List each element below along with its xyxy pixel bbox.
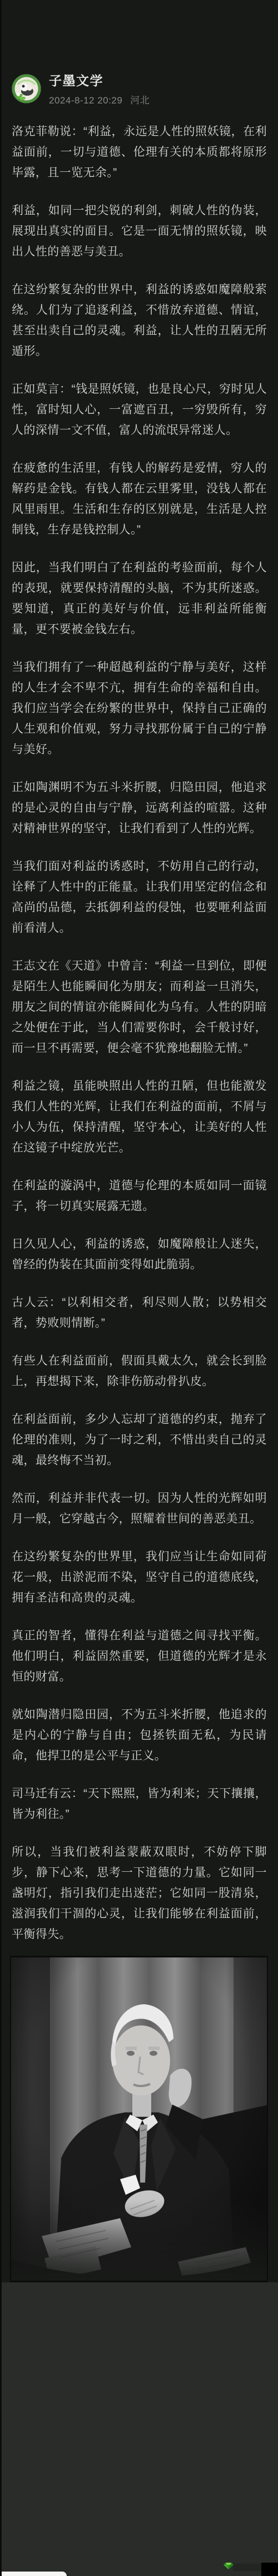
article-paragraph: 在利益面前，多少人忘却了道德的约束，抛弃了伦理的准则，为了一时之利，不惜出卖自己… — [12, 1409, 267, 1471]
article-paragraph: 当我们面对利益的诱惑时，不妨用自己的行动，诠释了人性中的正能量。让我们用坚定的信… — [12, 856, 267, 938]
post-meta: 2024-8-12 20:29河北 — [49, 92, 150, 106]
article-paragraph: 所以，当我们被利益蒙蔽双眼时，不妨停下脚步，静下心来，思考一下道德的力量。它如同… — [12, 1842, 267, 1945]
article-paragraph: 司马迁有云：“天下熙熙，皆为利来；天下攘攘，皆为利往。” — [12, 1783, 267, 1825]
next-card-edge — [0, 2572, 53, 2576]
author-block: 子墨文学 2024-8-12 20:29河北 — [49, 71, 150, 106]
green-wreath-avatar-icon — [11, 73, 42, 104]
article-paragraph: 日久见人心，利益的诱惑，如魔障般让人迷失，曾经的伪装在其面前变得如此脆弱。 — [12, 1234, 267, 1275]
article-paragraph: 在这纷繁复杂的世界里，我们应当让生命如同荷花一般，出淤泥而不染，坚守自己的道德底… — [12, 1546, 267, 1608]
article-paragraph: 正如陶渊明不为五斗米折腰，归隐田园，他追求的是心灵的自由与宁静，远离利益的喧嚣。… — [12, 777, 267, 839]
article-paragraph: 在这纷繁复杂的世界中，利益的诱惑如魔障般萦绕。人们为了追逐利益，不惜放弃道德、情… — [12, 279, 267, 362]
post-header: 子墨文学 2024-8-12 20:29河北 — [0, 0, 278, 106]
media-card-filler — [0, 2282, 278, 2576]
article-paragraph: 在疲惫的生活里，有钱人的解药是爱情，穷人的解药是金钱。有钱人都在云里雾里，没钱人… — [12, 458, 267, 540]
article-paragraph: 正如莫言：“钱是照妖镜，也是良心尺，穷时见人性，富时知人心，一富遮百丑，一穷毁所… — [12, 379, 267, 441]
avatar[interactable] — [11, 73, 42, 104]
bottom-right-black-block — [261, 2563, 278, 2576]
post-page: 子墨文学 2024-8-12 20:29河北 洛克菲勒说：“利益，永远是人性的照… — [0, 0, 278, 2576]
article-paragraph: 在利益的漩涡中，道德与伦理的本质如同一面镜子，将一切真实展露无遗。 — [12, 1175, 267, 1217]
article-paragraph: 有些人在利益面前，假面具戴太久，就会长到脸上，再想揭下来，除非伤筋动骨扒皮。 — [12, 1351, 267, 1392]
post-date: 2024-8-12 20:29 — [49, 95, 122, 106]
green-gem-icon — [224, 2562, 234, 2570]
watermark-label-plate — [233, 2564, 262, 2571]
post-image[interactable] — [0, 1956, 278, 2576]
article-paragraph: 古人云：“以利相交者，利尽则人散；以势相交者，势败则情断。” — [12, 1292, 267, 1333]
username[interactable]: 子墨文学 — [49, 71, 150, 89]
article-paragraph: 当我们拥有了一种超越利益的宁静与美好，这样的人生才会不卑不亢，拥有生命的幸福和自… — [12, 657, 267, 760]
left-edge-shadow — [0, 0, 2, 2576]
article-paragraph: 利益之镜，虽能映照出人性的丑陋，但也能激发我们人性的光辉，让我们在利益的面前，不… — [12, 1076, 267, 1158]
article-paragraph: 因此，当我们明白了在利益的考验面前，每个人的表现，就要保持清醒的头脑，不为其所迷… — [12, 557, 267, 640]
article-paragraph: 洛克菲勒说：“利益，永远是人性的照妖镜，在利益面前，一切与道德、伦理有关的本质都… — [12, 121, 267, 183]
article-body: 洛克菲勒说：“利益，永远是人性的照妖镜，在利益面前，一切与道德、伦理有关的本质都… — [12, 121, 267, 1945]
article-paragraph: 然而，利益并非代表一切。因为人性的光辉如明月一般，它穿越古今，照耀着世间的善恶美… — [12, 1488, 267, 1529]
article-paragraph: 王志文在《天道》中曾言：“利益一旦到位，即便是陌生人也能瞬间化为朋友；而利益一旦… — [12, 956, 267, 1059]
post-location: 河北 — [130, 95, 150, 106]
article-paragraph: 就如陶潜归隐田园，不为五斗米折腰，他追求的是内心的宁静与自由；包拯铁面无私，为民… — [12, 1704, 267, 1766]
article-paragraph: 利益，如同一把尖锐的利剑，刺破人性的伪装，展现出真实的面目。它是一面无情的照妖镜… — [12, 200, 267, 262]
portrait-photo — [10, 1956, 268, 2282]
article-paragraph: 真正的智者，懂得在利益与道德之间寻找平衡。他们明白，利益固然重要，但道德的光辉才… — [12, 1625, 267, 1687]
